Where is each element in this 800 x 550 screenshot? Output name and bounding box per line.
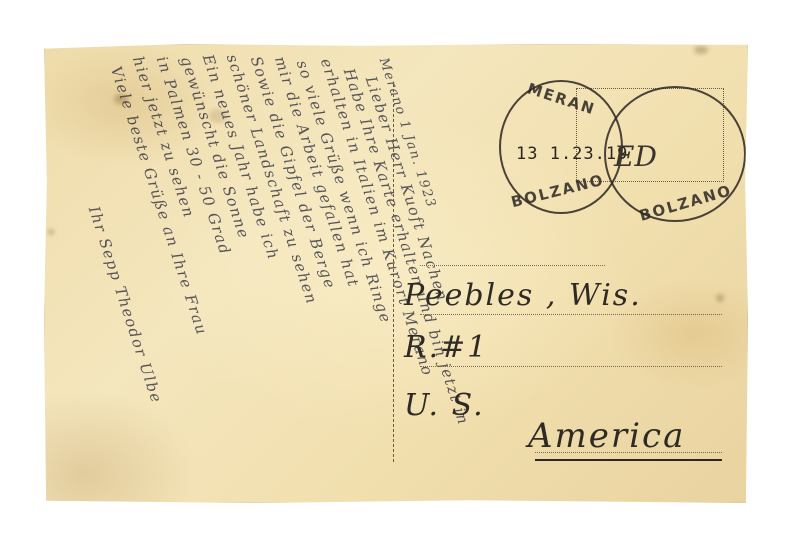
message-line: hier jetzt zu sehen [129,54,198,220]
divider-line [393,84,394,462]
message-line: so viele Grüße wenn ich Ringe [293,58,395,326]
message-line: gewünscht die Sonne [177,54,253,241]
address-line-dotted [420,366,722,367]
message-dateline: Merano 1 Jan. 1923 [376,56,439,210]
message-line: Ihr Sepp Theodor Ulbe [85,204,166,406]
stamp-monogram: ED [614,140,657,173]
address-country: America [528,416,685,456]
message-line: schöner Landschaft zu sehen [223,52,321,307]
stain [716,294,724,302]
address-line-dotted [420,314,722,315]
message-line: mir die Arbeit gefallen hat [271,54,363,290]
stain [694,46,708,54]
message-line: Viele beste Grüße an Ihre Frau [107,64,211,338]
address-line-3-prefix: U. S. [404,388,485,423]
message-line: Sowie die Gipfel der Berge [247,54,340,292]
address-underline [535,459,722,461]
postmark-date: 13 1.23.19 [516,144,628,164]
stain [114,94,128,104]
message-line: in Palmen 30 - 50 Grad [153,54,234,258]
message-line: Ein neues Jahr habe ich [199,52,283,263]
stain [209,109,227,123]
address-line-dotted [420,265,605,266]
stain [48,229,54,235]
message-line: Habe Ihre Karte erhalten und bin jetzt i… [340,66,473,427]
address-line-1: Peebles , Wis. [404,278,642,313]
address-line-dotted [535,452,722,453]
message-line: Lieber Herr Kuoft Nachen [362,74,452,304]
address-line-2: R.#1 [404,330,488,365]
postcard: Merano 1 Jan. 1923 Lieber Herr Kuoft Nac… [44,44,748,503]
